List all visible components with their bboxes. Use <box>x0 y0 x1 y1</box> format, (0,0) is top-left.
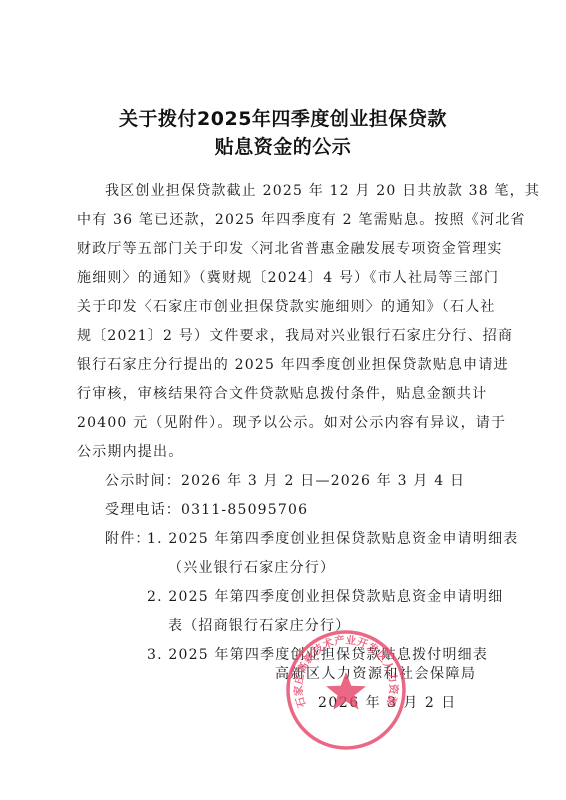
body-line: 银行石家庄分行提出的 2025 年四季度创业担保贷款贴息申请进 <box>77 354 509 374</box>
issue-date: 2026 年 3 月 2 日 <box>318 692 457 712</box>
publicity-period: 公示时间：2026 年 3 月 2 日—2026 年 3 月 4 日 <box>105 470 465 490</box>
attachment-item-2-line1: 2. 2025 年第四季度创业担保贷款贴息资金申请明细 <box>147 586 503 606</box>
body-line: 施细则〉的通知》（冀财规〔2024〕4 号）《市人社局等三部门 <box>77 267 499 287</box>
contact-phone: 受理电话：0311-85095706 <box>105 499 308 519</box>
page-title-line2: 贴息资金的公示 <box>0 132 566 159</box>
issuer-name: 高新区人力资源和社会保障局 <box>275 663 477 683</box>
body-line: 公示期内提出。 <box>77 441 183 461</box>
body-line: 20400 元（见附件）。现予以公示。如对公示内容有异议，请于 <box>77 412 506 432</box>
attachment-item-1-line2: （兴业银行石家庄分行） <box>168 557 335 577</box>
body-line: 我区创业担保贷款截止 2025 年 12 月 20 日共放款 38 笔，其 <box>105 180 540 200</box>
body-line: 规〔2021〕2 号）文件要求，我局对兴业银行石家庄分行、招商 <box>77 325 513 345</box>
body-line: 中有 36 笔已还款，2025 年四季度有 2 笔需贴息。按照《河北省 <box>77 209 526 229</box>
body-line: 关于印发〈石家庄市创业担保贷款实施细则〉的通知》（石人社 <box>77 296 496 316</box>
body-line: 行审核，审核结果符合文件贷款贴息拨付条件，贴息金额共计 <box>77 383 487 403</box>
attachment-item-2-line2: 表（招商银行石家庄分行） <box>168 615 350 635</box>
attachment-item-1-line1: 1. 2025 年第四季度创业担保贷款贴息资金申请明细表 <box>147 528 519 548</box>
body-line: 财政厅等五部门关于印发〈河北省普惠金融发展专项资金管理实 <box>77 238 503 258</box>
attachment-item-3-line1: 3. 2025 年第四季度创业担保贷款贴息拨付明细表 <box>147 644 488 664</box>
attachments-label: 附件： <box>105 528 151 548</box>
page-title-line1: 关于拨付2025年四季度创业担保贷款 <box>0 104 566 131</box>
